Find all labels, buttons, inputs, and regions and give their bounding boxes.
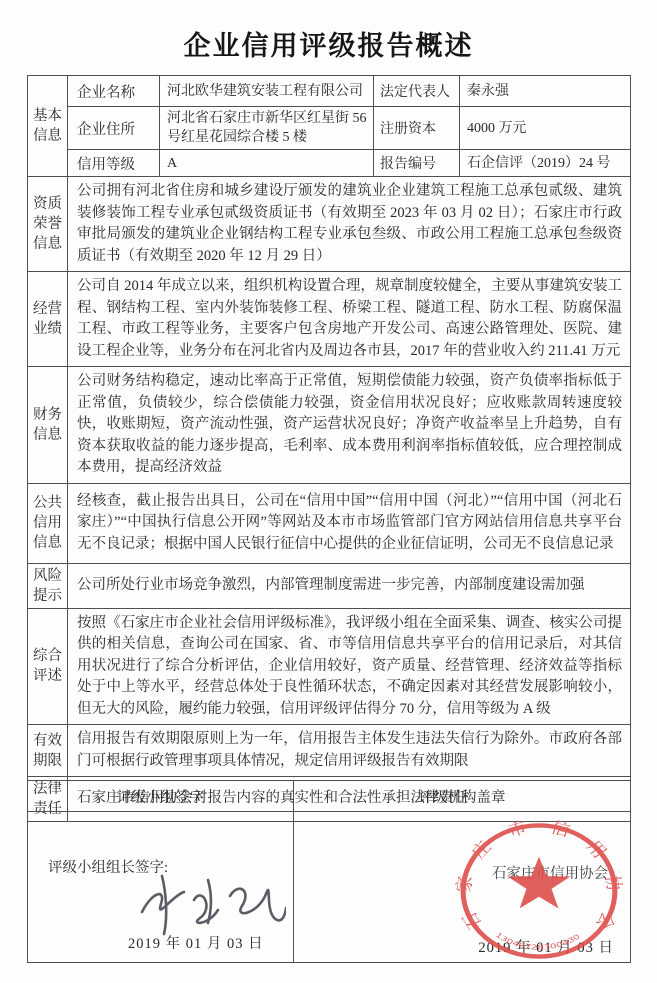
report-page: 企业信用评级报告概述 基本信息 企业名称 河北欧华建筑安装工程有限公司 法定代表…: [0, 0, 657, 983]
legal-rep-value: 秦永强: [460, 76, 631, 107]
table-row: 风险提示 公司所处行业市场竞争激烈，内部管理制度需进一步完善，内部制度建设需加强: [28, 563, 631, 608]
rating-team-signature-header: 评级小组签字: [28, 781, 294, 812]
official-seal-stamp: 石家庄市信用协会 13040728300430: [446, 813, 632, 973]
section-content-overall-review: 按照《石家庄市企业社会信用评级标准》，我评级小组在全面采集、调查、核实公司提供的…: [68, 608, 631, 725]
registered-capital-value: 4000 万元: [460, 107, 631, 150]
team-leader-signature-cell: 评级小组组长签字: 2019 年 01 月 03 日: [28, 812, 294, 963]
section-label-overall-review: 综合评述: [28, 608, 68, 725]
company-address-label: 企业住所: [68, 107, 160, 150]
agency-seal-cell: 石家庄市信用协会 石家庄市信用协会 13040728300430: [294, 812, 631, 963]
company-address-value: 河北省石家庄市新华区红星街 56 号红星花园综合楼 5 楼: [160, 107, 374, 150]
report-number-label: 报告编号: [374, 150, 460, 177]
report-table: 基本信息 企业名称 河北欧华建筑安装工程有限公司 法定代表人 秦永强 企业住所 …: [27, 75, 631, 822]
registered-capital-label: 注册资本: [374, 107, 460, 150]
report-number-value: 石企信评（2019）24 号: [460, 150, 631, 177]
table-row: 综合评述 按照《石家庄市企业社会信用评级标准》，我评级小组在全面采集、调查、核实…: [28, 608, 631, 725]
section-label-qualifications: 资质荣誉信息: [28, 177, 68, 272]
section-content-qualifications: 公司拥有河北省住房和城乡建设厅颁发的建筑业企业建筑工程施工总承包贰级、建筑装修装…: [68, 177, 631, 272]
section-content-business-performance: 公司自 2014 年成立以来，组织机构设置合理，规章制度较健全，主要从事建筑安装…: [68, 272, 631, 367]
table-row: 资质荣誉信息 公司拥有河北省住房和城乡建设厅颁发的建筑业企业建筑工程施工总承包贰…: [28, 177, 631, 272]
table-row: 公共信用信息 经核查，截止报告出具日，公司在“信用中国”“信用中国（河北）”“信…: [28, 483, 631, 563]
table-row: 评级小组签字 评级机构盖章: [28, 781, 631, 812]
section-label-financial-info: 财务信息: [28, 367, 68, 484]
section-content-validity-period: 信用报告有效期限原则上为一年，信用报告主体发生违法失信行为除外。市政府各部门可根…: [68, 725, 631, 777]
table-row: 企业住所 河北省石家庄市新华区红星街 56 号红星花园综合楼 5 楼 注册资本 …: [28, 107, 631, 150]
table-row: 有效期限 信用报告有效期限原则上为一年，信用报告主体发生违法失信行为除外。市政府…: [28, 725, 631, 777]
team-signature-date: 2019 年 01 月 03 日: [128, 932, 264, 953]
table-row: 信用等级 A 报告编号 石企信评（2019）24 号: [28, 150, 631, 177]
credit-grade-label: 信用等级: [68, 150, 160, 177]
table-row: 财务信息 公司财务结构稳定，速动比率高于正常值，短期偿债能力较强，资产负债率指标…: [28, 367, 631, 484]
star-icon: [508, 857, 571, 909]
table-row: 基本信息 企业名称 河北欧华建筑安装工程有限公司 法定代表人 秦永强: [28, 76, 631, 107]
credit-grade-value: A: [160, 150, 374, 177]
legal-rep-label: 法定代表人: [374, 76, 460, 107]
company-name-value: 河北欧华建筑安装工程有限公司: [160, 76, 374, 107]
section-label-business-performance: 经营业绩: [28, 272, 68, 367]
section-content-financial-info: 公司财务结构稳定，速动比率高于正常值，短期偿债能力较强，资产负债率指标低于正常值…: [68, 367, 631, 484]
table-row: 经营业绩 公司自 2014 年成立以来，组织机构设置合理，规章制度较健全，主要从…: [28, 272, 631, 367]
section-label-risk-notice: 风险提示: [28, 563, 68, 608]
section-label-public-credit: 公共信用信息: [28, 483, 68, 563]
section-content-public-credit: 经核查，截止报告出具日，公司在“信用中国”“信用中国（河北）”“信用中国（河北石…: [68, 483, 631, 563]
section-content-risk-notice: 公司所处行业市场竞争激烈，内部管理制度需进一步完善，内部制度建设需加强: [68, 563, 631, 608]
page-title: 企业信用评级报告概述: [0, 24, 657, 63]
rating-agency-seal-header: 评级机构盖章: [294, 781, 631, 812]
section-label-basic-info: 基本信息: [28, 76, 68, 177]
signoff-table: 评级小组签字 评级机构盖章 评级小组组长签字: 2019 年 01 月 03 日: [27, 780, 631, 963]
company-name-label: 企业名称: [68, 76, 160, 107]
section-label-validity-period: 有效期限: [28, 725, 68, 777]
table-row: 评级小组组长签字: 2019 年 01 月 03 日 石家庄市信用协会: [28, 812, 631, 963]
